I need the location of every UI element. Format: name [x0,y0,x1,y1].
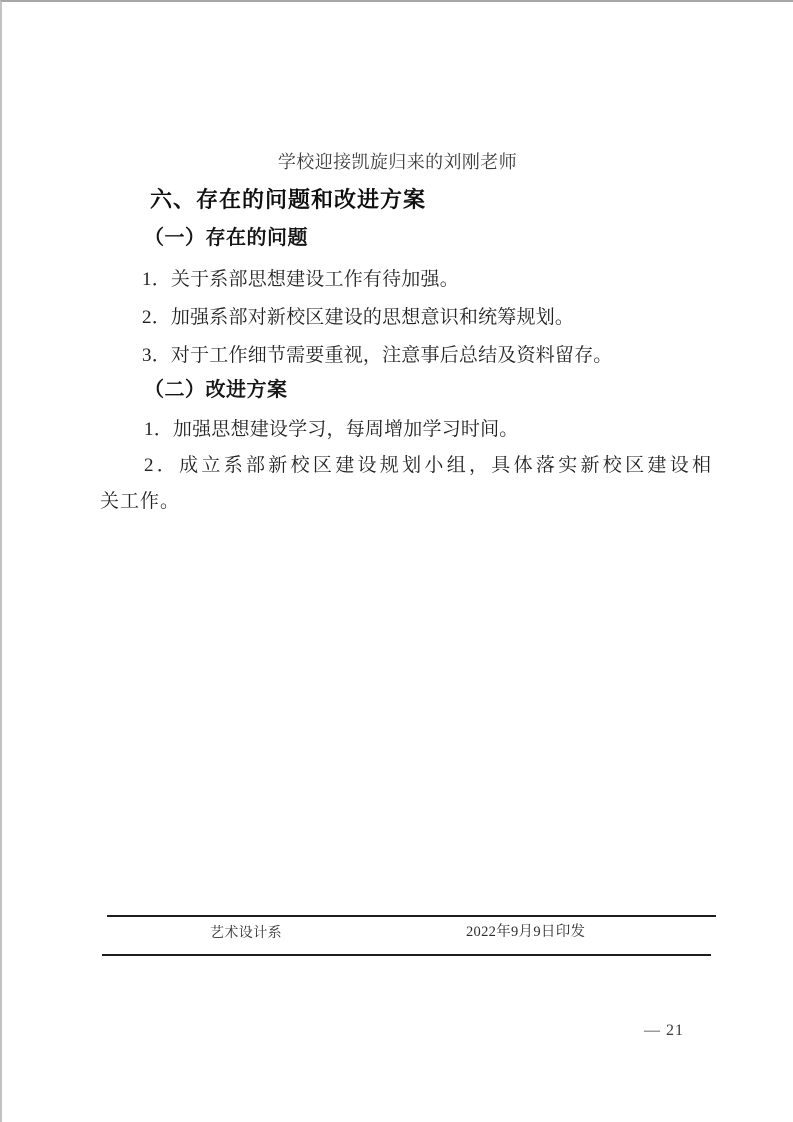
list-item-wrapped-line1: 2．成立系部新校区建设规划小组，具体落实新校区建设相 [100,456,720,475]
subsection-title-problems: （一）存在的问题 [144,227,308,250]
list-item: 1．加强思想建设学习，每周增加学习时间。 [144,419,519,441]
list-item: 3．对于工作细节需要重视，注意事后总结及资料留存。 [142,345,613,367]
page-number: — 21 [644,1022,684,1040]
list-item: 1．关于系部思想建设工作有待加强。 [142,269,459,291]
document-page: 学校迎接凯旋归来的刘刚老师 六、存在的问题和改进方案 （一）存在的问题 1．关于… [0,0,793,1122]
photo-caption: 学校迎接凯旋归来的刘刚老师 [2,152,793,173]
section-heading: 六、存在的问题和改进方案 [150,187,426,212]
list-item: 2．加强系部对新校区建设的思想意识和统筹规划。 [142,307,574,329]
subsection-title-improvements: （二）改进方案 [144,379,288,402]
list-item-wrapped-line2: 关工作。 [100,492,720,511]
footer-rule-bottom [102,954,711,956]
list-item-wrapped: 2．成立系部新校区建设规划小组，具体落实新校区建设相 关工作。 [100,456,720,511]
footer-rule-top [107,915,716,917]
footer-issue-date: 2022年9月9日印发 [466,924,585,941]
footer-department: 艺术设计系 [210,926,282,942]
